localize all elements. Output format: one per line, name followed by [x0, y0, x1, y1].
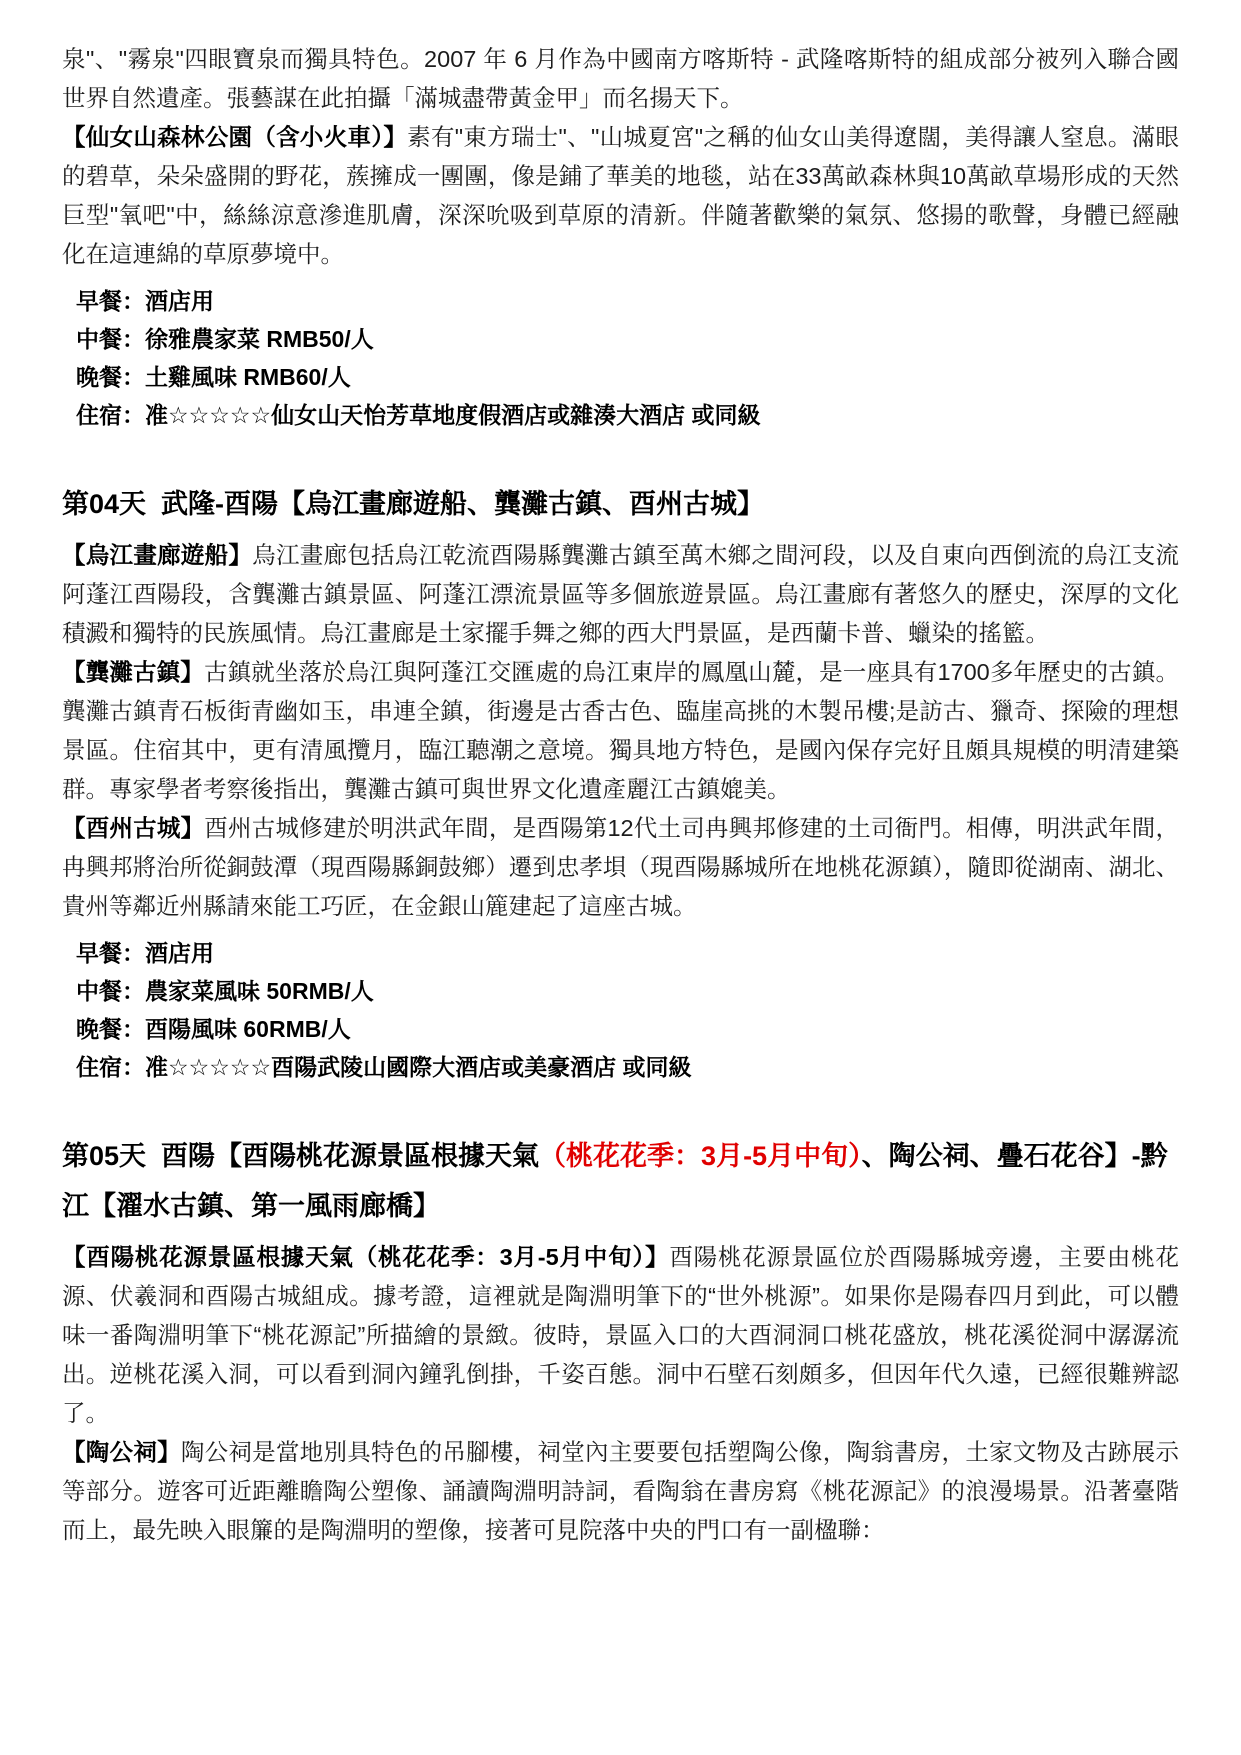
- meal-line-lunch: 中餐：農家菜風味 50RMB/人: [76, 972, 1179, 1010]
- day5-header-text: 第05天 酉陽【酉陽桃花源景區根據天氣: [62, 1141, 539, 1171]
- attraction-title: 【龔灘古鎮】: [62, 659, 204, 685]
- attraction-paragraph-taohuayuan: 【酉陽桃花源景區根據天氣（桃花花季：3月-5月中旬）】酉陽桃花源景區位於酉陽縣城…: [62, 1238, 1179, 1433]
- attraction-title: 【仙女山森林公園（含小火車）】: [62, 124, 407, 150]
- itinerary-page: 泉"、"霧泉"四眼寶泉而獨具特色。2007 年 6 月作為中國南方喀斯特 - 武…: [0, 0, 1241, 1755]
- attraction-paragraph-taogongci: 【陶公祠】陶公祠是當地別具特色的吊腳樓，祠堂內主要要包括塑陶公像，陶翁書房，土家…: [62, 1433, 1179, 1550]
- meal-line-dinner: 晚餐：酉陽風味 60RMB/人: [76, 1010, 1179, 1048]
- meal-line-lunch: 中餐：徐雅農家菜 RMB50/人: [76, 320, 1179, 358]
- attraction-paragraph-gongtan: 【龔灘古鎮】古鎮就坐落於烏江與阿蓬江交匯處的烏江東岸的鳳凰山麓，是一座具有170…: [62, 653, 1179, 809]
- attraction-paragraph-youzhou: 【酉州古城】酉州古城修建於明洪武年間，是酉陽第12代土司冉興邦修建的土司衙門。相…: [62, 809, 1179, 926]
- intro-paragraph: 泉"、"霧泉"四眼寶泉而獨具特色。2007 年 6 月作為中國南方喀斯特 - 武…: [62, 40, 1179, 118]
- meal-line-breakfast: 早餐：酒店用: [76, 934, 1179, 972]
- attraction-body: 酉州古城修建於明洪武年間，是酉陽第12代土司冉興邦修建的土司衙門。相傳，明洪武年…: [62, 815, 1179, 919]
- day4-body: 【烏江畫廊遊船】烏江畫廊包括烏江乾流酉陽縣龔灘古鎮至萬木鄉之間河段，以及自東向西…: [62, 536, 1179, 926]
- meal-line-lodging: 住宿：准☆☆☆☆☆仙女山天怡芳草地度假酒店或雜湊大酒店 或同級: [76, 396, 1179, 434]
- attraction-body: 陶公祠是當地別具特色的吊腳樓，祠堂內主要要包括塑陶公像，陶翁書房，土家文物及古跡…: [62, 1439, 1179, 1543]
- attraction-title: 【酉州古城】: [62, 815, 204, 841]
- meal-block-day4: 早餐：酒店用 中餐：農家菜風味 50RMB/人 晚餐：酉陽風味 60RMB/人 …: [76, 934, 1179, 1086]
- meal-line-dinner: 晚餐：土雞風味 RMB60/人: [76, 358, 1179, 396]
- day4-header: 第04天 武隆-酉陽【烏江畫廊遊船、龔灘古鎮、酉州古城】: [62, 479, 1179, 529]
- meal-line-breakfast: 早餐：酒店用: [76, 282, 1179, 320]
- attraction-title: 【烏江畫廊遊船】: [62, 542, 252, 568]
- attraction-paragraph-wujiang: 【烏江畫廊遊船】烏江畫廊包括烏江乾流酉陽縣龔灘古鎮至萬木鄉之間河段，以及自東向西…: [62, 536, 1179, 653]
- meal-block-day3: 早餐：酒店用 中餐：徐雅農家菜 RMB50/人 晚餐：土雞風味 RMB60/人 …: [76, 282, 1179, 434]
- meal-line-lodging: 住宿：准☆☆☆☆☆酉陽武陵山國際大酒店或美豪酒店 或同級: [76, 1048, 1179, 1086]
- attraction-title: 】: [645, 1244, 669, 1270]
- attraction-title: 【陶公祠】: [62, 1439, 181, 1465]
- day5-header: 第05天 酉陽【酉陽桃花源景區根據天氣（桃花花季：3月-5月中旬）、陶公祠、疊石…: [62, 1131, 1179, 1231]
- attraction-title-season-note: （桃花花季：3月-5月中旬）: [354, 1244, 645, 1270]
- day5-body: 【酉陽桃花源景區根據天氣（桃花花季：3月-5月中旬）】酉陽桃花源景區位於酉陽縣城…: [62, 1238, 1179, 1550]
- attraction-body: 古鎮就坐落於烏江與阿蓬江交匯處的烏江東岸的鳳凰山麓，是一座具有1700多年歷史的…: [62, 659, 1179, 802]
- day5-header-season-note: （桃花花季：3月-5月中旬）: [539, 1141, 862, 1171]
- attraction-paragraph-fairy-mountain: 【仙女山森林公園（含小火車）】素有"東方瑞士"、"山城夏宮"之稱的仙女山美得遼闊…: [62, 118, 1179, 274]
- attraction-title: 【酉陽桃花源景區根據天氣: [62, 1244, 354, 1270]
- attraction-body: 酉陽桃花源景區位於酉陽縣城旁邊，主要由桃花源、伏羲洞和酉陽古城組成。據考證，這裡…: [62, 1244, 1179, 1426]
